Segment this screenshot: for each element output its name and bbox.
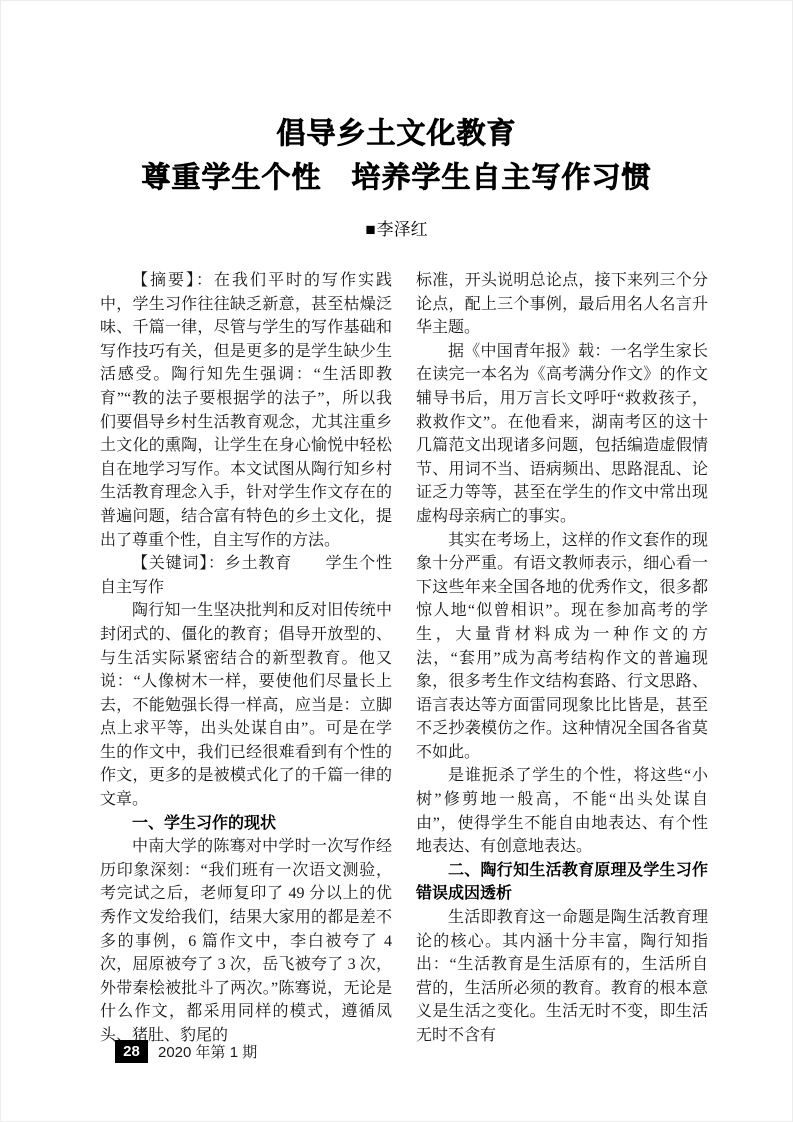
body-paragraph: 【摘要】：在我们平时的写作实践中，学生习作往往缺乏新意，甚至枯燥泛味、千篇一律，… [100, 269, 392, 552]
body-paragraph: 陶行知一生坚决批判和反对旧传统中封闭式的、僵化的教育；倡导开放型的、与生活实际紧… [100, 599, 392, 811]
column-left: 【摘要】：在我们平时的写作实践中，学生习作往往缺乏新意，甚至枯燥泛味、千篇一律，… [100, 269, 392, 1048]
body-paragraph: 中南大学的陈骞对中学时一次写作经历印象深刻：“我们班有一次语文测验，考完试之后，… [100, 835, 392, 1047]
author-marker-square-icon: ■ [365, 220, 375, 239]
author-line: ■李泽红 [0, 215, 793, 240]
article-title-line2: 尊重学生个性 培养学生自主写作习惯 [0, 160, 793, 197]
article-body: 【摘要】：在我们平时的写作实践中，学生习作往往缺乏新意，甚至枯燥泛味、千篇一律，… [100, 269, 708, 1048]
section-heading: 一、学生习作的现状 [100, 812, 392, 836]
issue-label: 2020 年第 1 期 [158, 1041, 257, 1062]
body-paragraph: 其实在考场上，这样的作文套作的现象十分严重。有语文教师表示，细心看一下这些年来全… [416, 529, 708, 765]
body-paragraph: 是谁扼杀了学生的个性，将这些“小树”修剪地一般高，不能“出头处谋自由”，使得学生… [416, 764, 708, 858]
author-name: 李泽红 [377, 220, 428, 239]
column-right: 标准，开头说明总论点，接下来列三个分论点，配上三个事例，最后用名人名言升华主题。… [416, 269, 708, 1048]
body-paragraph: 标准，开头说明总论点，接下来列三个分论点，配上三个事例，最后用名人名言升华主题。 [416, 269, 708, 340]
body-paragraph: 据《中国青年报》载：一名学生家长在读完一本名为《高考满分作文》的作文辅导书后，用… [416, 340, 708, 529]
journal-page: 倡导乡土文化教育 尊重学生个性 培养学生自主写作习惯 ■李泽红 【摘要】：在我们… [0, 0, 793, 1122]
section-heading: 二、陶行知生活教育原理及学生习作错误成因透析 [416, 859, 708, 906]
page-footer: 28 2020 年第 1 期 [115, 1040, 257, 1063]
page-number-badge: 28 [115, 1040, 148, 1063]
article-title-line1: 倡导乡土文化教育 [0, 116, 793, 153]
article-header: 倡导乡土文化教育 尊重学生个性 培养学生自主写作习惯 ■李泽红 [0, 0, 793, 240]
body-paragraph: 生活即教育这一命题是陶生活教育理论的核心。其内涵十分丰富，陶行知指出：“生活教育… [416, 906, 708, 1048]
body-paragraph: 【关键词】：乡土教育 学生个性 自主写作 [100, 552, 392, 599]
